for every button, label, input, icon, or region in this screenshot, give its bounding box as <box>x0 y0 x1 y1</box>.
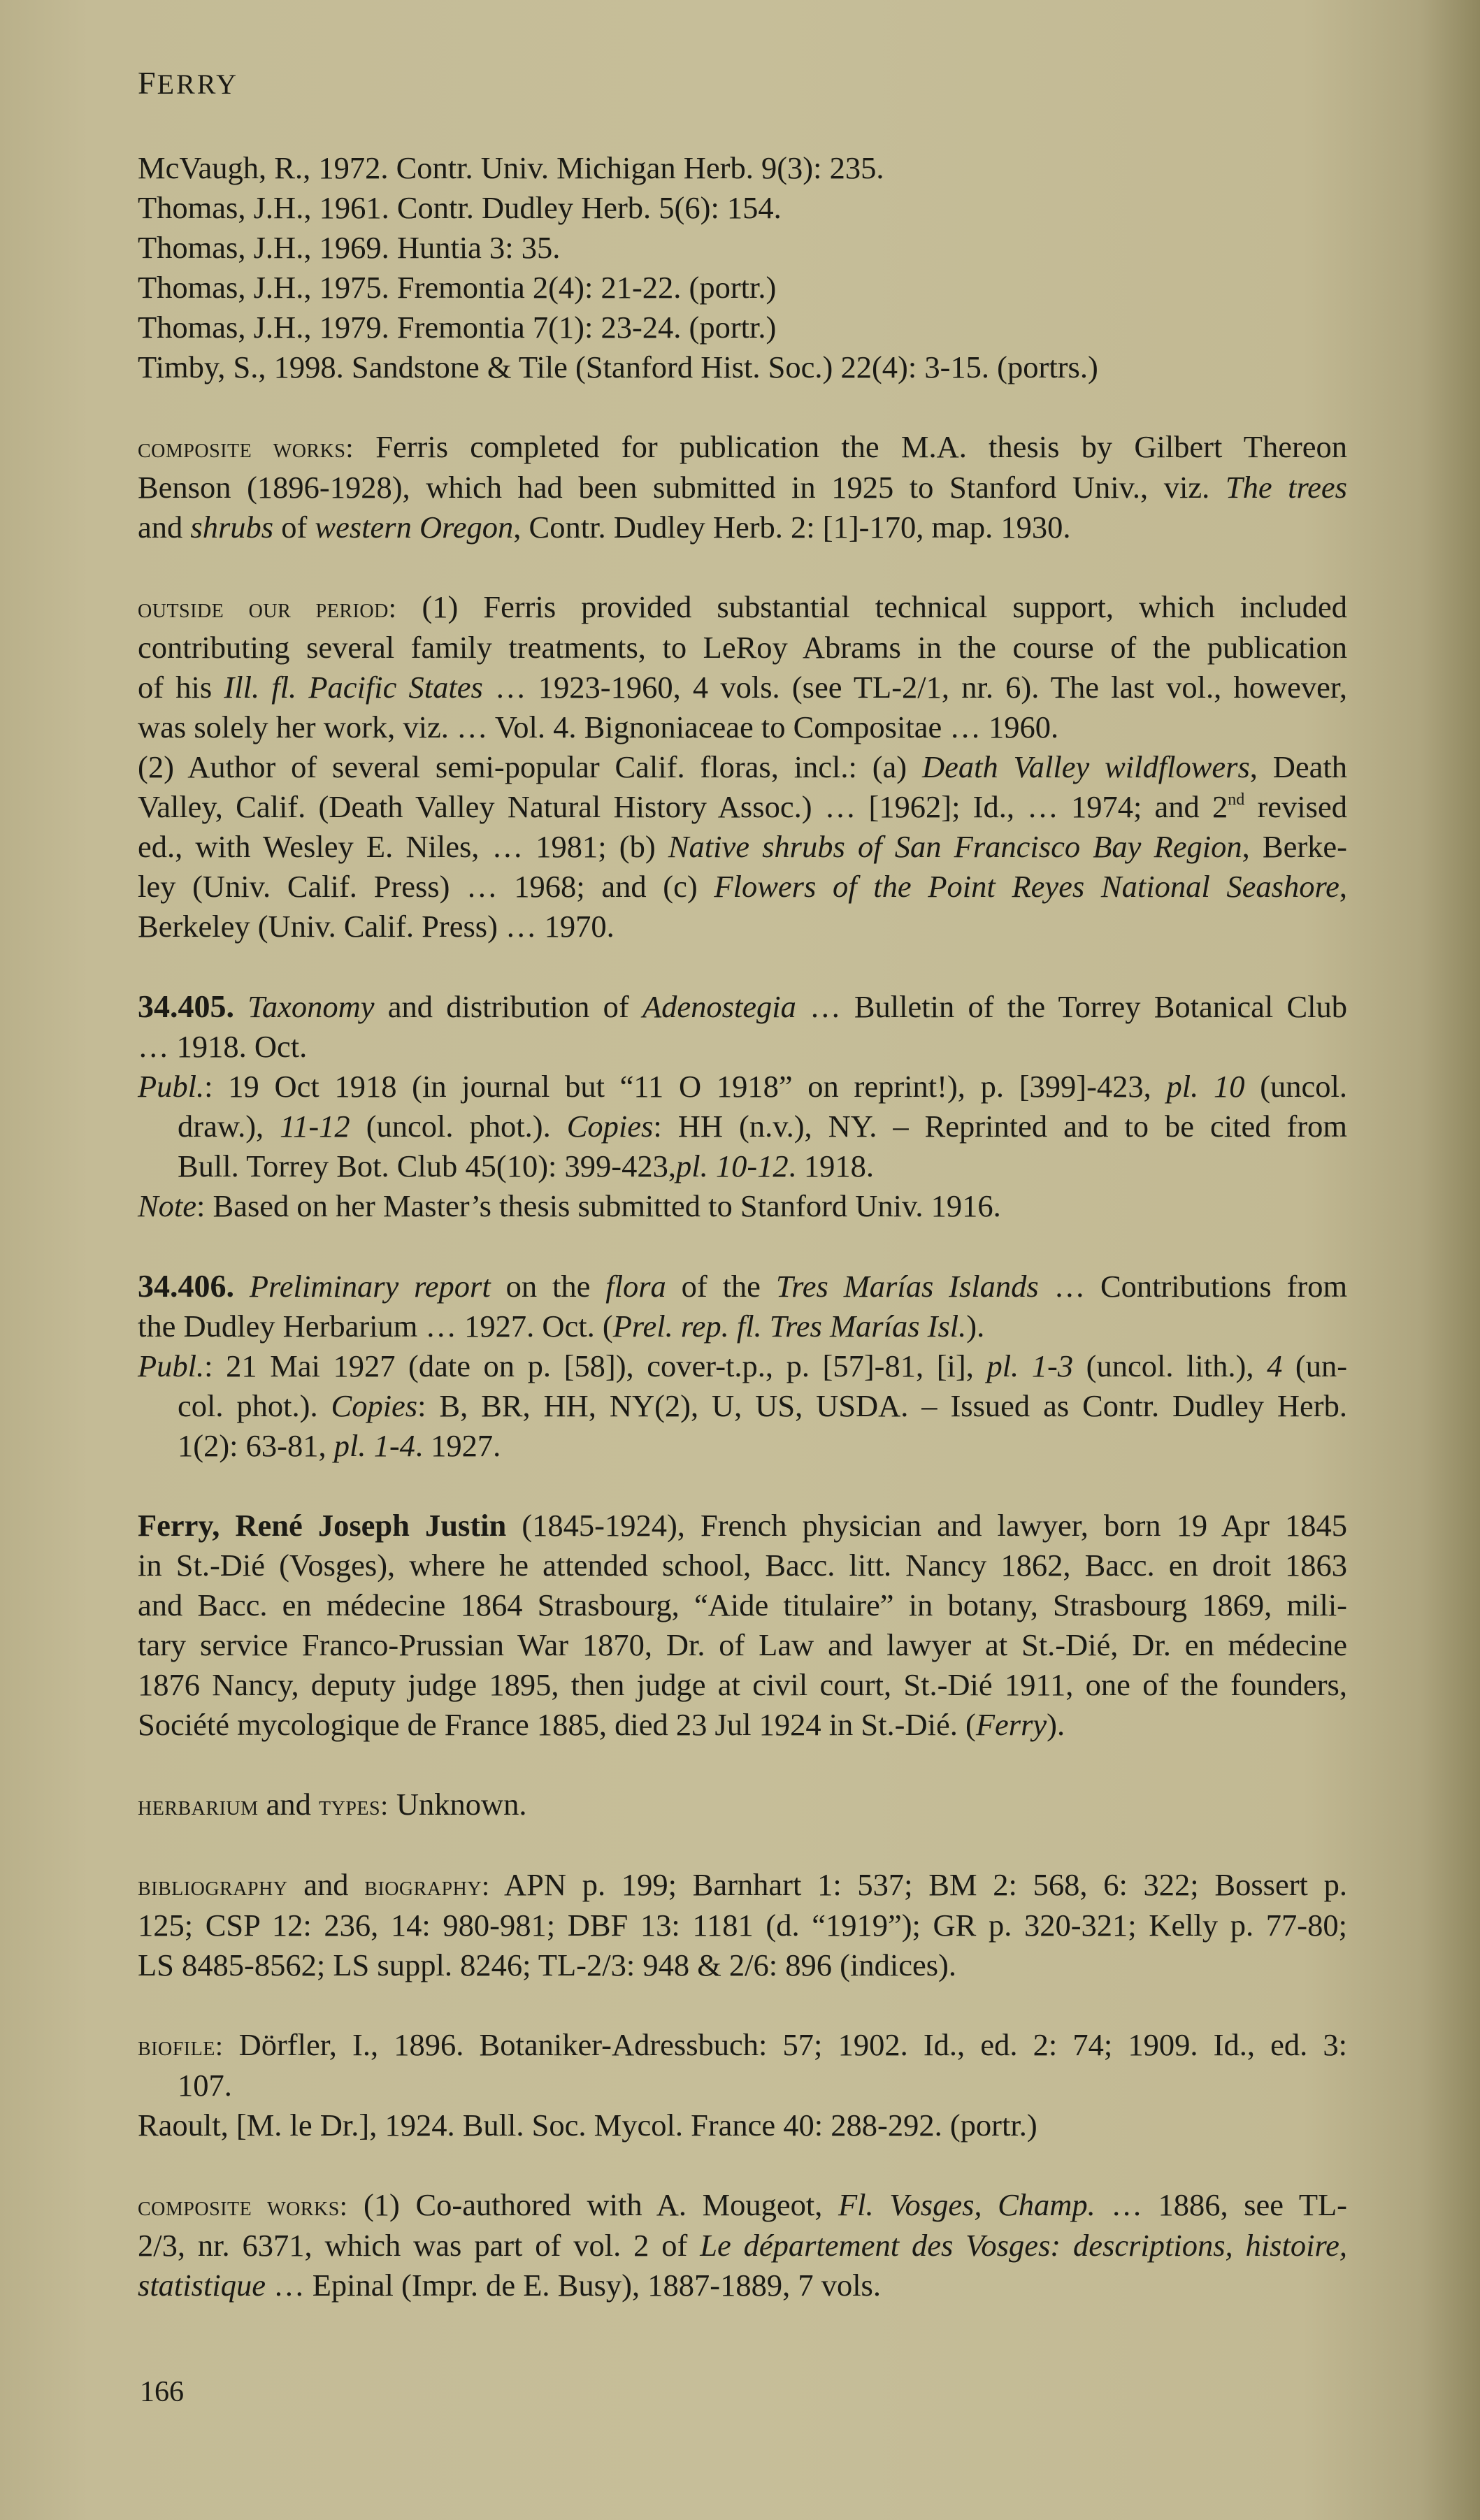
ferry-bibliography: bibliography and biography: APN p. 199; … <box>138 1865 1347 1985</box>
entry-34-405: 34.405. Taxonomy and distribution of Ade… <box>138 986 1347 1226</box>
ferry-composite-works: composite works: (1) Co-authored with A.… <box>138 2185 1347 2305</box>
ferris-references: McVaugh, R., 1972. Contr. Univ. Michigan… <box>138 148 1347 387</box>
reference-item: Timby, S., 1998. Sandstone & Tile (Stanf… <box>138 347 1347 387</box>
running-head-rest: ERRY <box>157 69 238 100</box>
entry-number: 34.406. <box>138 1268 234 1304</box>
entry-34-406: 34.406. Preliminary report on the flora … <box>138 1266 1347 1466</box>
ferry-herbarium: herbarium and types: Unknown. <box>138 1785 1347 1825</box>
entry-number: 34.405. <box>138 988 234 1024</box>
ferris-composite-works: composite works: Ferris completed for pu… <box>138 427 1347 547</box>
section-label: composite works: <box>138 432 354 463</box>
reference-item: Thomas, J.H., 1979. Fremontia 7(1): 23-2… <box>138 308 1347 347</box>
author-name: Ferry, René Joseph Justin <box>138 1508 506 1543</box>
section-label: biography: <box>364 1870 489 1901</box>
ferry-biofile: biofile: Dörfler, I., 1896. Botaniker-Ad… <box>138 2025 1347 2145</box>
section-label: outside our period: <box>138 592 396 624</box>
ferris-outside-period: outside our period: (1) Ferris provided … <box>138 587 1347 946</box>
section-label: types: <box>319 1790 389 1821</box>
ferry-biography: Ferry, René Joseph Justin (1845-1924), F… <box>138 1506 1347 1745</box>
section-label: herbarium <box>138 1790 259 1821</box>
section-label: biofile: <box>138 2030 223 2061</box>
page-body: McVaugh, R., 1972. Contr. Univ. Michigan… <box>138 148 1347 2305</box>
reference-item: Thomas, J.H., 1961. Contr. Dudley Herb. … <box>138 188 1347 228</box>
section-label: bibliography <box>138 1870 287 1901</box>
section-label: composite works: <box>138 2190 347 2222</box>
page-number: 166 <box>140 2375 184 2409</box>
running-head: FERRY <box>138 64 238 101</box>
reference-item: Thomas, J.H., 1969. Huntia 3: 35. <box>138 228 1347 268</box>
reference-item: McVaugh, R., 1972. Contr. Univ. Michigan… <box>138 148 1347 188</box>
reference-item: Thomas, J.H., 1975. Fremontia 2(4): 21-2… <box>138 268 1347 308</box>
